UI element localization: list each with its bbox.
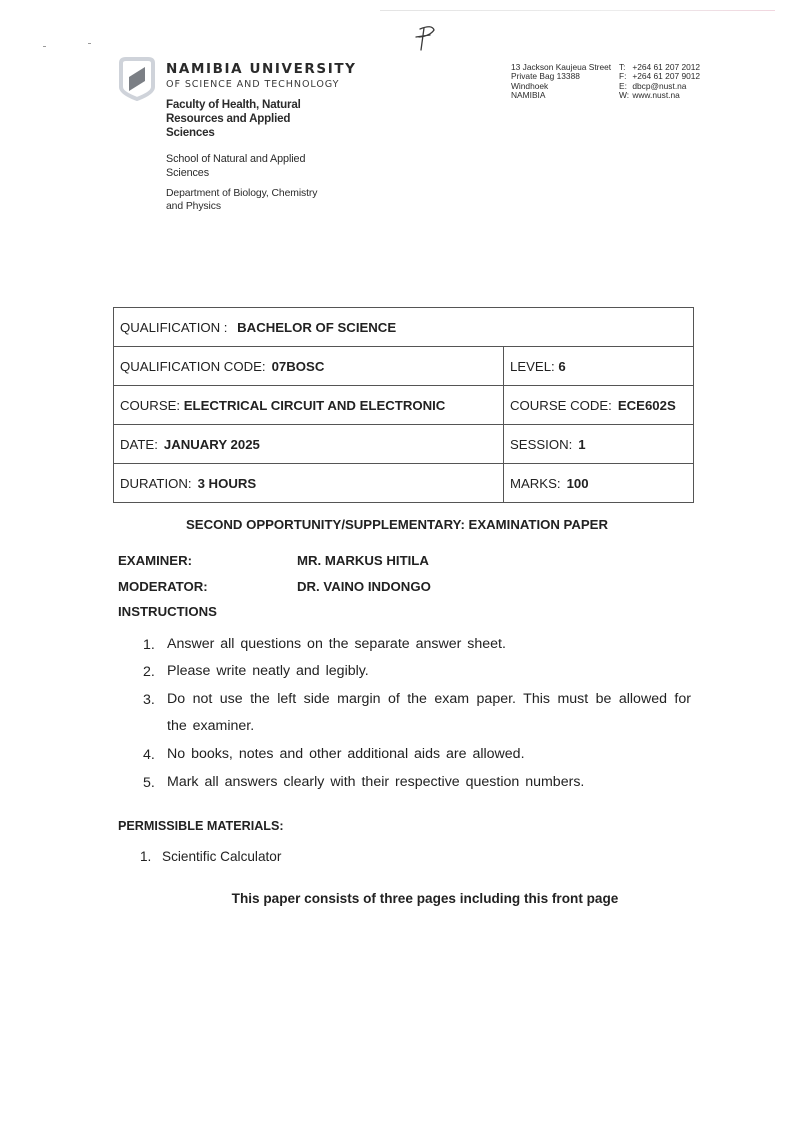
list-item-text: Scientific Calculator bbox=[162, 849, 281, 864]
postal-address: 13 Jackson Kaujeua Street Private Bag 13… bbox=[511, 63, 611, 101]
exam-title: SECOND OPPORTUNITY/SUPPLEMENTARY: EXAMIN… bbox=[0, 517, 794, 532]
university-subtitle: OF SCIENCE AND TECHNOLOGY bbox=[166, 79, 339, 90]
faculty-name: Faculty of Health, Natural Resources and… bbox=[166, 98, 326, 140]
date-label: DATE: bbox=[120, 437, 158, 452]
course-code-value: ECE602S bbox=[618, 398, 676, 413]
table-row: QUALIFICATION : BACHELOR OF SCIENCE bbox=[114, 308, 694, 347]
level-cell: LEVEL: 6 bbox=[504, 347, 694, 386]
page-count-note: This paper consists of three pages inclu… bbox=[0, 891, 794, 906]
marks-cell: MARKS:100 bbox=[504, 464, 694, 503]
list-item-text: Please write neatly and legibly. bbox=[167, 658, 691, 685]
examiner-label: EXAMINER: bbox=[118, 553, 192, 568]
contact-details: T: +264 61 207 2012 F: +264 61 207 9012 … bbox=[619, 63, 700, 101]
scan-line bbox=[380, 10, 775, 11]
examiner-value: MR. MARKUS HITILA bbox=[297, 553, 429, 568]
date-value: JANUARY 2025 bbox=[164, 437, 260, 452]
duration-label: DURATION: bbox=[120, 476, 192, 491]
list-item-number: 3. bbox=[143, 692, 165, 708]
list-item-text: No books, notes and other additional aid… bbox=[167, 741, 691, 768]
qualification-code-value: 07BOSC bbox=[272, 359, 325, 374]
table-row: QUALIFICATION CODE:07BOSC LEVEL: 6 bbox=[114, 347, 694, 386]
list-item-text: Mark all answers clearly with their resp… bbox=[167, 769, 691, 796]
course-code-label: COURSE CODE: bbox=[510, 398, 612, 413]
list-item-number: 5. bbox=[143, 775, 165, 791]
contact-label: W: bbox=[619, 91, 630, 100]
scan-speck bbox=[88, 43, 91, 44]
course-code-cell: COURSE CODE:ECE602S bbox=[504, 386, 694, 425]
moderator-value: DR. VAINO INDONGO bbox=[297, 579, 431, 594]
session-value: 1 bbox=[578, 437, 585, 452]
school-name: School of Natural and Applied Sciences bbox=[166, 153, 326, 180]
university-name: NAMIBIA UNIVERSITY bbox=[166, 61, 357, 77]
list-item-number: 1. bbox=[140, 849, 162, 864]
qualification-code-cell: QUALIFICATION CODE:07BOSC bbox=[114, 347, 504, 386]
date-cell: DATE:JANUARY 2025 bbox=[114, 425, 504, 464]
list-item: 1.Scientific Calculator bbox=[140, 849, 281, 864]
department-name: Department of Biology, Chemistry and Phy… bbox=[166, 187, 326, 213]
level-value: 6 bbox=[558, 359, 565, 374]
list-item-text: Do not use the left side margin of the e… bbox=[167, 686, 691, 740]
list-item-text: Answer all questions on the separate ans… bbox=[167, 631, 691, 658]
course-label: COURSE: bbox=[120, 398, 180, 413]
university-logo-icon bbox=[118, 57, 156, 101]
session-label: SESSION: bbox=[510, 437, 572, 452]
marks-label: MARKS: bbox=[510, 476, 561, 491]
contact-website: W: www.nust.na bbox=[619, 91, 700, 100]
qualification-value: BACHELOR OF SCIENCE bbox=[237, 320, 396, 335]
qualification-code-label: QUALIFICATION CODE: bbox=[120, 359, 266, 374]
course-value: ELECTRICAL CIRCUIT AND ELECTRONIC bbox=[184, 398, 446, 413]
level-label: LEVEL: bbox=[510, 359, 555, 374]
qualification-cell: QUALIFICATION : BACHELOR OF SCIENCE bbox=[114, 308, 694, 347]
handwritten-mark-icon bbox=[412, 22, 438, 52]
duration-cell: DURATION:3 HOURS bbox=[114, 464, 504, 503]
exam-info-table: QUALIFICATION : BACHELOR OF SCIENCE QUAL… bbox=[113, 307, 694, 503]
scan-speck bbox=[43, 46, 46, 47]
list-item-number: 4. bbox=[143, 747, 165, 763]
table-row: DATE:JANUARY 2025 SESSION:1 bbox=[114, 425, 694, 464]
list-item-number: 2. bbox=[143, 664, 165, 680]
marks-value: 100 bbox=[567, 476, 589, 491]
list-item-number: 1. bbox=[143, 637, 165, 653]
permissible-materials-heading: PERMISSIBLE MATERIALS: bbox=[118, 819, 284, 833]
duration-value: 3 HOURS bbox=[198, 476, 257, 491]
session-cell: SESSION:1 bbox=[504, 425, 694, 464]
moderator-label: MODERATOR: bbox=[118, 579, 208, 594]
table-row: DURATION:3 HOURS MARKS:100 bbox=[114, 464, 694, 503]
contact-value: www.nust.na bbox=[632, 90, 679, 100]
instructions-heading: INSTRUCTIONS bbox=[118, 604, 217, 619]
qualification-label: QUALIFICATION : bbox=[120, 320, 227, 335]
address-line: NAMIBIA bbox=[511, 91, 611, 100]
table-row: COURSE: ELECTRICAL CIRCUIT AND ELECTRONI… bbox=[114, 386, 694, 425]
course-cell: COURSE: ELECTRICAL CIRCUIT AND ELECTRONI… bbox=[114, 386, 504, 425]
